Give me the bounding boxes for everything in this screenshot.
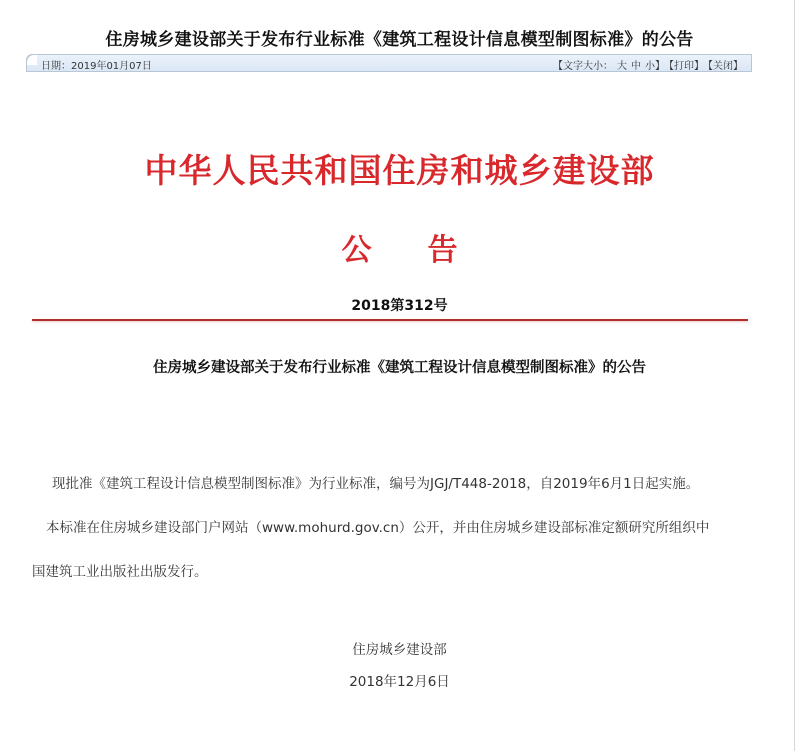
paragraph-2: 本标准在住房城乡建设部门户网站（www.mohurd.gov.cn）公开，并由住… (46, 516, 709, 536)
publish-date: 日期：2019年01月07日 (41, 57, 152, 72)
document-subtitle: 住房城乡建设部关于发布行业标准《建筑工程设计信息模型制图标准》的公告 (0, 356, 799, 377)
toolbar: 【文字大小：大中小】【打印】【关闭】 (553, 57, 743, 72)
issuing-authority-heading: 中华人民共和国住房和城乡建设部 (0, 145, 799, 192)
notice-heading: 公告 (0, 225, 799, 269)
font-size-large-button[interactable]: 大 (617, 61, 627, 72)
font-size-medium-button[interactable]: 中 (631, 61, 641, 72)
date-value: 2019年01月07日 (71, 61, 152, 72)
close-button[interactable]: 【关闭】 (708, 61, 743, 72)
document-number: 2018第312号 (0, 295, 799, 315)
paragraph-2-continued: 国建筑工业出版社出版发行。 (32, 560, 208, 580)
paragraph-1: 现批准《建筑工程设计信息模型制图标准》为行业标准，编号为JGJ/T448-201… (52, 472, 699, 492)
font-size-label: 【文字大小： (553, 61, 613, 72)
tab-corner-decoration (26, 54, 37, 65)
notice-char-2: 告 (428, 225, 458, 269)
print-button[interactable]: 【打印】 (669, 61, 704, 72)
info-bar: 日期：2019年01月07日 【文字大小：大中小】【打印】【关闭】 (26, 54, 752, 72)
font-size-small-button[interactable]: 小】 (645, 61, 665, 72)
signature-date: 2018年12月6日 (0, 670, 799, 690)
signature-organization: 住房城乡建设部 (0, 638, 799, 658)
date-label: 日期： (41, 61, 71, 72)
page-title: 住房城乡建设部关于发布行业标准《建筑工程设计信息模型制图标准》的公告 (0, 25, 799, 50)
red-divider (32, 319, 748, 321)
notice-char-1: 公 (342, 225, 372, 269)
